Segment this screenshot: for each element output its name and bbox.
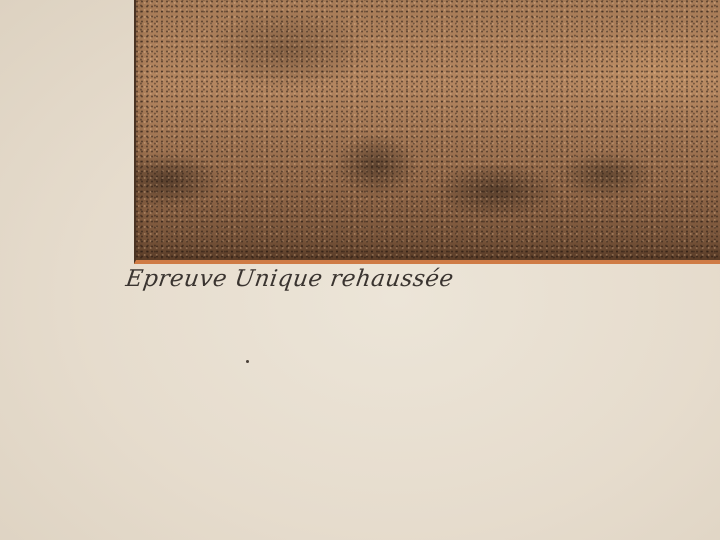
artwork-print-image [134, 0, 720, 264]
paper-speck [246, 360, 249, 363]
print-texture [136, 0, 720, 260]
pencil-inscription: Epreuve Unique rehaussée [124, 266, 455, 292]
paper-sheet: Epreuve Unique rehaussée [0, 0, 720, 540]
